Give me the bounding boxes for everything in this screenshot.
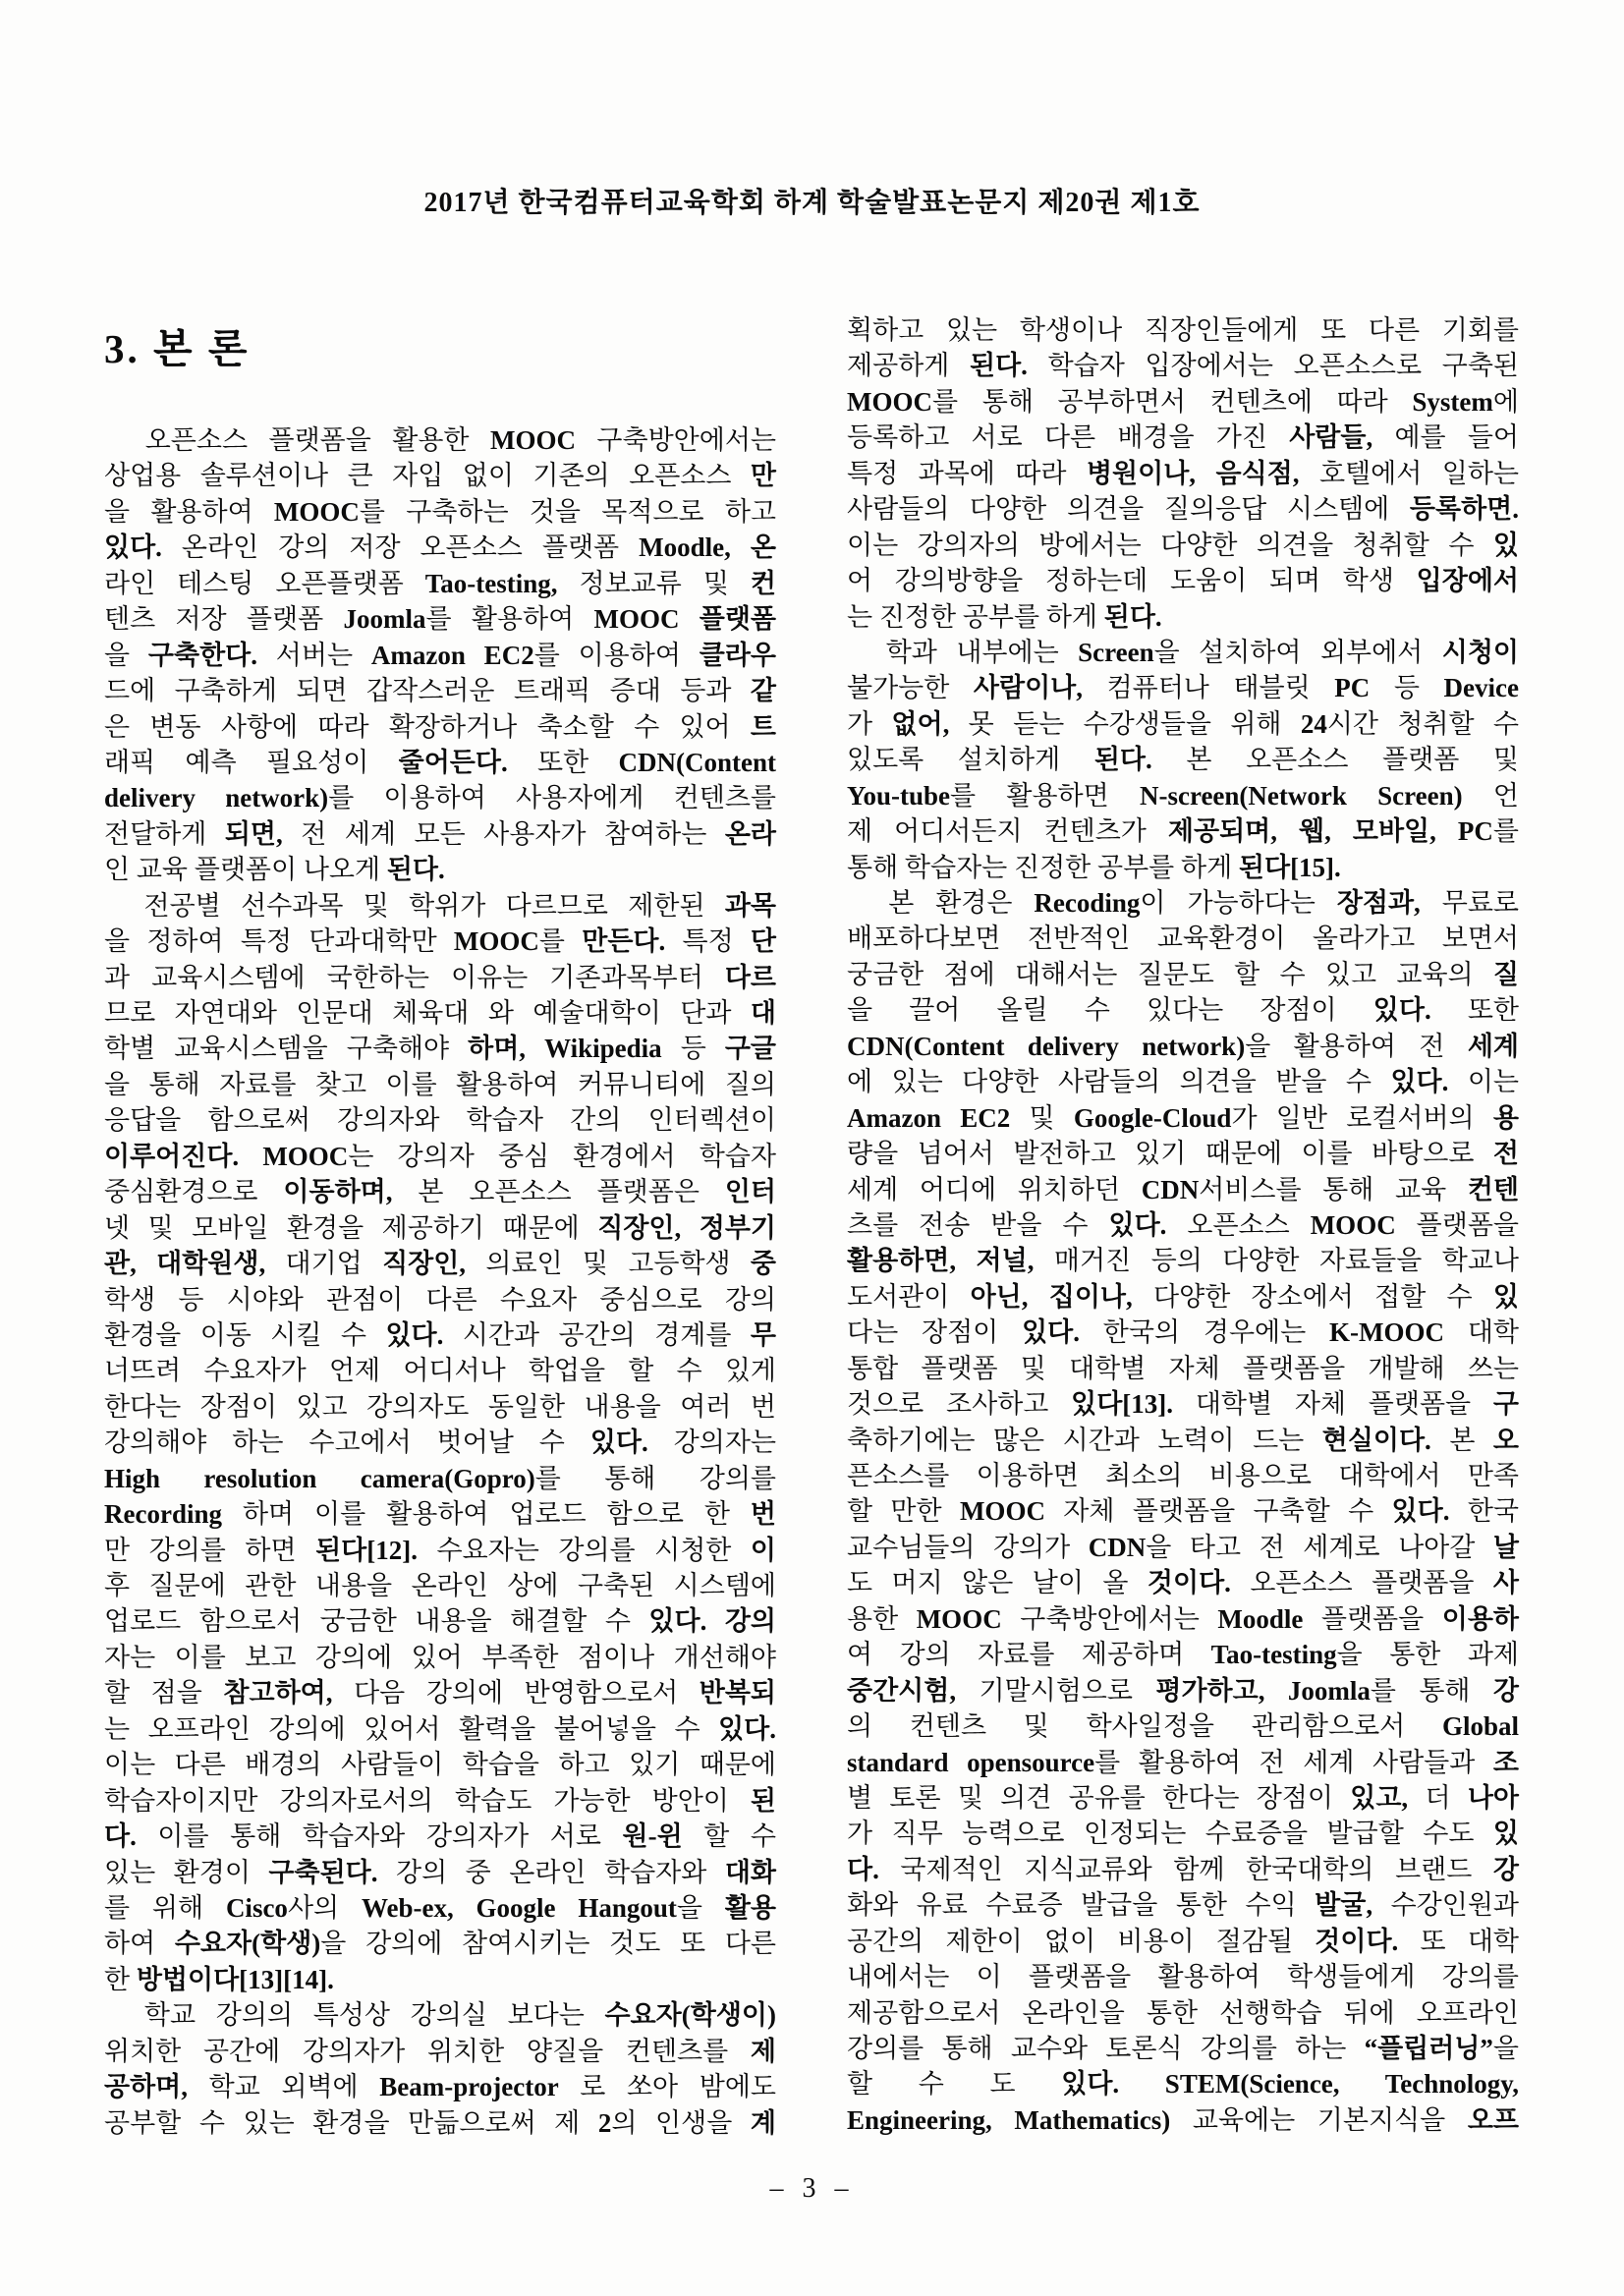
text-line: 에 있는 다양한 사람들의 의견을 받을 수 있다. 이는 — [847, 1064, 1519, 1099]
text-line: 는 오프라인 강의에 있어서 활력을 불어넣을 수 있다. — [104, 1711, 776, 1747]
text-line: 이는 강의자의 방에서는 다양한 의견을 청취할 수 있 — [847, 528, 1519, 563]
text-line: 궁금한 점에 대해서는 질문도 할 수 있고 교육의 질 — [847, 957, 1519, 992]
text-line: 도 머지 않은 날이 올 것이다. 오픈소스 플랫폼을 사 — [847, 1565, 1519, 1600]
text-line: 있도록 설치하게 된다. 본 오픈소스 플랫폼 및 — [847, 742, 1519, 777]
text-line: 강의해야 하는 수고에서 벗어날 수 있다. 강의자는 — [104, 1425, 776, 1460]
text-line: 전공별 선수과목 및 학위가 다르므로 제한된 과목 — [104, 888, 776, 924]
text-line: 업로드 함으로서 궁금한 내용을 해결할 수 있다. 강의 — [104, 1603, 776, 1639]
text-line: 배포하다보면 전반적인 교육환경이 올라가고 보면서 — [847, 921, 1519, 956]
text-line: 다. 국제적인 지식교류와 함께 한국대학의 브랜드 강 — [847, 1852, 1519, 1887]
text-line: 을 구축한다. 서버는 Amazon EC2를 이용하여 클라우 — [104, 638, 776, 673]
text-line: 라인 테스팅 오픈플랫폼 Tao-testing, 정보교류 및 컨 — [104, 566, 776, 601]
text-line: 내에서는 이 플랫폼을 활용하여 학생들에게 강의를 — [847, 1959, 1519, 1994]
text-line: 통해 학습자는 진정한 공부를 하게 된다[15]. — [847, 850, 1519, 885]
text-line: 을 정하여 특정 단과대학만 MOOC를 만든다. 특정 단 — [104, 924, 776, 959]
journal-header: 2017년 한국컴퓨터교육학회 하계 학술발표논문지 제20권 제1호 — [0, 181, 1624, 220]
text-line: 본 환경은 Recoding이 가능하다는 장점과, 무료로 — [847, 885, 1519, 921]
right-column-text: 획하고 있는 학생이나 직장인들에게 또 다른 기회를제공하게 된다. 학습자 … — [847, 312, 1519, 2138]
text-line: 드에 구축하게 되면 갑작스러운 트래픽 증대 등과 같 — [104, 673, 776, 708]
text-line: 제 어디서든지 컨텐츠가 제공되며, 웹, 모바일, PC를 — [847, 813, 1519, 849]
text-line: 별 토론 및 의견 공유를 한다는 장점이 있고, 더 나아 — [847, 1780, 1519, 1816]
text-line: 할 수 도 있다. STEM(Science, Technology, — [847, 2066, 1519, 2101]
text-line: 학습자이지만 강의자로서의 학습도 가능한 방안이 된 — [104, 1783, 776, 1819]
text-line: 량을 넘어서 발전하고 있기 때문에 이를 바탕으로 전 — [847, 1136, 1519, 1171]
text-line: 츠를 전송 받을 수 있다. 오픈소스 MOOC 플랫폼을 — [847, 1207, 1519, 1243]
text-line: 것으로 조사하고 있다[13]. 대학별 자체 플랫폼을 구 — [847, 1386, 1519, 1422]
text-line: 하여 수요자(학생)을 강의에 참여시키는 것도 또 다른 — [104, 1926, 776, 1961]
text-line: 를 위해 Cisco사의 Web-ex, Google Hangout을 활용 — [104, 1890, 776, 1926]
text-line: 픈소스를 이용하면 최소의 비용으로 대학에서 만족 — [847, 1458, 1519, 1493]
text-line: 여 강의 자료를 제공하며 Tao-testing을 통한 과제 — [847, 1637, 1519, 1672]
text-line: standard opensource를 활용하여 전 세계 사람들과 조 — [847, 1745, 1519, 1780]
text-line: 래픽 예측 필요성이 줄어든다. 또한 CDN(Content — [104, 745, 776, 780]
text-line: 획하고 있는 학생이나 직장인들에게 또 다른 기회를 — [847, 312, 1519, 348]
text-line: 텐츠 저장 플랫폼 Joomla를 활용하여 MOOC 플랫폼 — [104, 601, 776, 637]
left-column-text: 오픈소스 플랫폼을 활용한 MOOC 구축방안에서는상업용 솔루션이나 큰 자입… — [104, 422, 776, 2141]
text-line: 공부할 수 있는 환경을 만듦으로써 제 2의 인생을 계 — [104, 2105, 776, 2141]
text-line: 있다. 온라인 강의 저장 오픈소스 플랫폼 Moodle, 온 — [104, 530, 776, 565]
text-line: 인 교육 플랫폼이 나오게 된다. — [104, 852, 776, 887]
text-line: 관, 대학원생, 대기업 직장인, 의료인 및 고등학생 중 — [104, 1246, 776, 1281]
text-line: 학별 교육시스템을 구축해야 하며, Wikipedia 등 구글 — [104, 1031, 776, 1066]
text-line: 가 직무 능력으로 인정되는 수료증을 발급할 수도 있 — [847, 1816, 1519, 1851]
text-line: 제공함으로서 온라인을 통한 선행학습 뒤에 오프라인 — [847, 1995, 1519, 2031]
text-line: 넷 및 모바일 환경을 제공하기 때문에 직장인, 정부기 — [104, 1210, 776, 1246]
text-line: 할 만한 MOOC 자체 플랫폼을 구축할 수 있다. 한국 — [847, 1493, 1519, 1529]
text-line: 후 질문에 관한 내용을 온라인 상에 구축된 시스템에 — [104, 1568, 776, 1603]
text-line: 한다는 장점이 있고 강의자도 동일한 내용을 여러 번 — [104, 1389, 776, 1425]
text-line: 다. 이를 통해 학습자와 강의자가 서로 원-윈 할 수 — [104, 1819, 776, 1854]
text-line: 중간시험, 기말시험으로 평가하고, Joomla를 통해 강 — [847, 1673, 1519, 1708]
text-line: 만 강의를 하면 된다[12]. 수요자는 강의를 시청한 이 — [104, 1533, 776, 1568]
text-line: 너뜨려 수요자가 언제 어디서나 학업을 할 수 있게 — [104, 1353, 776, 1388]
text-line: 용한 MOOC 구축방안에서는 Moodle 플랫폼을 이용하 — [847, 1601, 1519, 1637]
text-line: 을 활용하여 MOOC를 구축하는 것을 목적으로 하고 — [104, 494, 776, 530]
text-line: 오픈소스 플랫폼을 활용한 MOOC 구축방안에서는 — [104, 422, 776, 458]
text-line: 도서관이 아닌, 집이나, 다양한 장소에서 접할 수 있 — [847, 1279, 1519, 1315]
text-line: 은 변동 사항에 따라 확장하거나 축소할 수 있어 트 — [104, 709, 776, 745]
text-line: 있는 환경이 구축된다. 강의 중 온라인 학습자와 대화 — [104, 1855, 776, 1890]
text-line: 어 강의방향을 정하는데 도움이 되며 학생 입장에서 — [847, 563, 1519, 598]
text-line: 사람들의 다양한 의견을 질의응답 시스템에 등록하면. — [847, 491, 1519, 527]
text-line: 학과 내부에는 Screen을 설치하여 외부에서 시청이 — [847, 635, 1519, 670]
text-line: 공하며, 학교 외벽에 Beam-projector 로 쏘아 밤에도 — [104, 2069, 776, 2104]
text-line: 상업용 솔루션이나 큰 자입 없이 기존의 오픈소스 만 — [104, 458, 776, 493]
text-line: 화와 유료 수료증 발급을 통한 수익 발굴, 수강인원과 — [847, 1887, 1519, 1923]
text-line: 을 통해 자료를 찾고 이를 활용하여 커뮤니티에 질의 — [104, 1067, 776, 1102]
text-line: Recording 하며 이를 활용하여 업로드 함으로 한 번 — [104, 1496, 776, 1532]
text-line: 위치한 공간에 강의자가 위치한 양질을 컨텐츠를 제 — [104, 2034, 776, 2069]
text-line: Amazon EC2 및 Google-Cloud가 일반 로컬서버의 용 — [847, 1100, 1519, 1136]
text-line: 학교 강의의 특성상 강의실 보다는 수요자(학생이) — [104, 1997, 776, 2033]
text-line: 므로 자연대와 인문대 체육대 와 예술대학이 단과 대 — [104, 995, 776, 1031]
text-line: 강의를 통해 교수와 토론식 강의를 하는 “플립러닝”을 — [847, 2031, 1519, 2066]
text-line: High resolution camera(Gopro)를 통해 강의를 — [104, 1461, 776, 1496]
text-line: 가 없어, 못 듣는 수강생들을 위해 24시간 청취할 수 — [847, 706, 1519, 742]
text-line: 제공하게 된다. 학습자 입장에서는 오픈소스로 구축된 — [847, 348, 1519, 383]
text-line: 중심환경으로 이동하며, 본 오픈소스 플랫폼은 인터 — [104, 1174, 776, 1209]
text-line: 환경을 이동 시킬 수 있다. 시간과 공간의 경계를 무 — [104, 1317, 776, 1353]
text-line: 전달하게 되면, 전 세계 모든 사용자가 참여하는 온라 — [104, 816, 776, 852]
text-line: 학생 등 시야와 관점이 다른 수요자 중심으로 강의 — [104, 1282, 776, 1317]
text-line: 축하기에는 많은 시간과 노력이 드는 현실이다. 본 오 — [847, 1423, 1519, 1458]
text-line: CDN(Content delivery network)을 활용하여 전 세계 — [847, 1029, 1519, 1064]
text-line: delivery network)를 이용하여 사용자에게 컨텐츠를 — [104, 780, 776, 815]
text-line: 이루어진다. MOOC는 강의자 중심 환경에서 학습자 — [104, 1139, 776, 1174]
text-line: 세계 어디에 위치하던 CDN서비스를 통해 교육 컨텐 — [847, 1172, 1519, 1207]
text-line: 교수님들의 강의가 CDN을 타고 전 세계로 나아갈 날 — [847, 1530, 1519, 1565]
page-number: – 3 – — [0, 2173, 1624, 2205]
text-line: 이는 다른 배경의 사람들이 학습을 하고 있기 때문에 — [104, 1747, 776, 1782]
text-line: Engineering, Mathematics) 교육에는 기본지식을 오프 — [847, 2102, 1519, 2138]
text-line: 응답을 함으로써 강의자와 학습자 간의 인터렉션이 — [104, 1102, 776, 1138]
left-column: 3. 본 론 오픈소스 플랫폼을 활용한 MOOC 구축방안에서는상업용 솔루션… — [104, 312, 776, 2141]
text-line: 할 점을 참고하여, 다음 강의에 반영함으로서 반복되 — [104, 1675, 776, 1710]
text-line: 특정 과목에 따라 병원이나, 음식점, 호텔에서 일하는 — [847, 456, 1519, 491]
text-line: 의 컨텐츠 및 학사일정을 관리함으로서 Global — [847, 1708, 1519, 1744]
text-line: 는 진정한 공부를 하게 된다. — [847, 599, 1519, 635]
text-line: MOOC를 통해 공부하면서 컨텐츠에 따라 System에 — [847, 384, 1519, 420]
text-line: 한 방법이다[13][14]. — [104, 1962, 776, 1997]
section-heading: 3. 본 론 — [104, 312, 776, 373]
text-line: 자는 이를 보고 강의에 있어 부족한 점이나 개선해야 — [104, 1640, 776, 1675]
text-line: 등록하고 서로 다른 배경을 가진 사람들, 예를 들어 — [847, 420, 1519, 455]
text-line: 공간의 제한이 없이 비용이 절감될 것이다. 또 대학 — [847, 1924, 1519, 1959]
text-line: 다는 장점이 있다. 한국의 경우에는 K-MOOC 대학 — [847, 1315, 1519, 1350]
text-line: 불가능한 사람이나, 컴퓨터나 태블릿 PC 등 Device — [847, 670, 1519, 705]
text-line: 통합 플랫폼 및 대학별 자체 플랫폼을 개발해 쓰는 — [847, 1351, 1519, 1386]
text-line: 을 끌어 올릴 수 있다는 장점이 있다. 또한 — [847, 992, 1519, 1028]
text-line: You-tube를 활용하면 N-screen(Network Screen) … — [847, 778, 1519, 813]
text-line: 과 교육시스템에 국한하는 이유는 기존과목부터 다르 — [104, 960, 776, 995]
paper-page: 2017년 한국컴퓨터교육학회 하계 학술발표논문지 제20권 제1호 3. 본… — [0, 0, 1624, 2296]
right-column: 획하고 있는 학생이나 직장인들에게 또 다른 기회를제공하게 된다. 학습자 … — [847, 312, 1519, 2138]
text-line: 활용하면, 저널, 매거진 등의 다양한 자료들을 학교나 — [847, 1243, 1519, 1278]
